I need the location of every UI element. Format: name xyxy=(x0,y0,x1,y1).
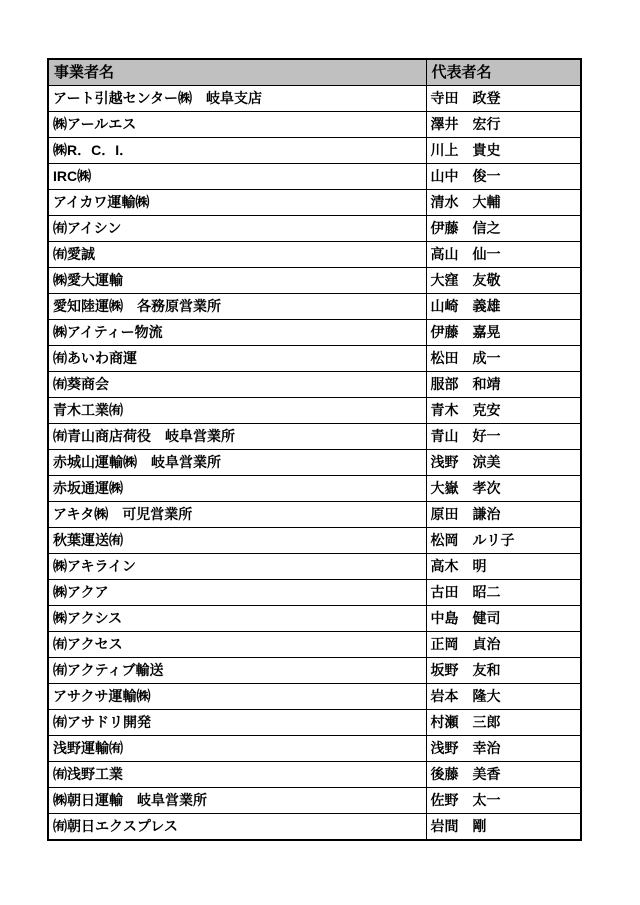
representative-cell: 青山 好一 xyxy=(426,424,581,450)
representative-cell: 青木 克安 xyxy=(426,398,581,424)
table-row: ㈲愛誠高山 仙一 xyxy=(48,242,581,268)
company-cell: ㈱アールエス xyxy=(48,112,426,138)
table-row: IRC㈱山中 俊一 xyxy=(48,164,581,190)
representative-cell: 佐野 太一 xyxy=(426,788,581,814)
table-row: 青木工業㈲青木 克安 xyxy=(48,398,581,424)
company-cell: ㈲愛誠 xyxy=(48,242,426,268)
representative-cell: 大窪 友敬 xyxy=(426,268,581,294)
representative-cell: 岩本 隆大 xyxy=(426,684,581,710)
table-row: ㈱アクア古田 昭二 xyxy=(48,580,581,606)
table-row: ㈲浅野工業後藤 美香 xyxy=(48,762,581,788)
table-row: ㈱アキライン高木 明 xyxy=(48,554,581,580)
representative-cell: 大嶽 孝次 xyxy=(426,476,581,502)
company-cell: ㈲アサドリ開発 xyxy=(48,710,426,736)
table-row: ㈱朝日運輸 岐阜営業所佐野 太一 xyxy=(48,788,581,814)
representative-cell: 山崎 義雄 xyxy=(426,294,581,320)
company-cell: アキタ㈱ 可児営業所 xyxy=(48,502,426,528)
table-row: ㈱愛大運輸大窪 友敬 xyxy=(48,268,581,294)
company-cell: 赤城山運輸㈱ 岐阜営業所 xyxy=(48,450,426,476)
representative-cell: 岩間 剛 xyxy=(426,814,581,841)
company-cell: 赤坂通運㈱ xyxy=(48,476,426,502)
company-cell: ㈲浅野工業 xyxy=(48,762,426,788)
table-row: 赤坂通運㈱大嶽 孝次 xyxy=(48,476,581,502)
representative-cell: 松田 成一 xyxy=(426,346,581,372)
table-row: アート引越センター㈱ 岐阜支店寺田 政登 xyxy=(48,86,581,112)
company-cell: ㈱R．C．I． xyxy=(48,138,426,164)
business-roster-table: 事業者名 代表者名 アート引越センター㈱ 岐阜支店寺田 政登㈱アールエス澤井 宏… xyxy=(47,58,582,841)
company-cell: 秋葉運送㈲ xyxy=(48,528,426,554)
table-row: アサクサ運輸㈱岩本 隆大 xyxy=(48,684,581,710)
company-cell: ㈱アクア xyxy=(48,580,426,606)
table-row: ㈱アクシス中島 健司 xyxy=(48,606,581,632)
representative-cell: 松岡 ルリ子 xyxy=(426,528,581,554)
representative-cell: 清水 大輔 xyxy=(426,190,581,216)
table-body: アート引越センター㈱ 岐阜支店寺田 政登㈱アールエス澤井 宏行㈱R．C．I．川上… xyxy=(48,86,581,841)
company-cell: アート引越センター㈱ 岐阜支店 xyxy=(48,86,426,112)
representative-column-header: 代表者名 xyxy=(426,59,581,86)
company-cell: ㈲アクセス xyxy=(48,632,426,658)
table-row: ㈲アクセス正岡 貞治 xyxy=(48,632,581,658)
representative-cell: 澤井 宏行 xyxy=(426,112,581,138)
company-column-header: 事業者名 xyxy=(48,59,426,86)
table-row: アイカワ運輸㈱清水 大輔 xyxy=(48,190,581,216)
representative-cell: 浅野 涼美 xyxy=(426,450,581,476)
table-row: 浅野運輸㈲浅野 幸治 xyxy=(48,736,581,762)
company-cell: アイカワ運輸㈱ xyxy=(48,190,426,216)
table-row: 愛知陸運㈱ 各務原営業所山崎 義雄 xyxy=(48,294,581,320)
table-row: ㈲アクティブ輸送坂野 友和 xyxy=(48,658,581,684)
company-cell: アサクサ運輸㈱ xyxy=(48,684,426,710)
company-cell: 愛知陸運㈱ 各務原営業所 xyxy=(48,294,426,320)
table-row: ㈲朝日エクスプレス岩間 剛 xyxy=(48,814,581,841)
company-cell: ㈱アキライン xyxy=(48,554,426,580)
company-cell: 浅野運輸㈲ xyxy=(48,736,426,762)
table-row: ㈲青山商店荷役 岐阜営業所青山 好一 xyxy=(48,424,581,450)
company-cell: ㈲葵商会 xyxy=(48,372,426,398)
representative-cell: 川上 貴史 xyxy=(426,138,581,164)
representative-cell: 寺田 政登 xyxy=(426,86,581,112)
table-header-row: 事業者名 代表者名 xyxy=(48,59,581,86)
table-row: 赤城山運輸㈱ 岐阜営業所浅野 涼美 xyxy=(48,450,581,476)
representative-cell: 正岡 貞治 xyxy=(426,632,581,658)
company-cell: ㈲アイシン xyxy=(48,216,426,242)
table-row: ㈲アイシン伊藤 信之 xyxy=(48,216,581,242)
representative-cell: 伊藤 嘉晃 xyxy=(426,320,581,346)
company-cell: ㈲あいわ商運 xyxy=(48,346,426,372)
table-row: ㈱R．C．I．川上 貴史 xyxy=(48,138,581,164)
representative-cell: 山中 俊一 xyxy=(426,164,581,190)
table-row: 秋葉運送㈲松岡 ルリ子 xyxy=(48,528,581,554)
table-row: ㈱アイティー物流伊藤 嘉晃 xyxy=(48,320,581,346)
representative-cell: 浅野 幸治 xyxy=(426,736,581,762)
company-cell: ㈲青山商店荷役 岐阜営業所 xyxy=(48,424,426,450)
company-cell: ㈱アクシス xyxy=(48,606,426,632)
representative-cell: 村瀬 三郎 xyxy=(426,710,581,736)
representative-cell: 坂野 友和 xyxy=(426,658,581,684)
table-row: ㈲葵商会服部 和靖 xyxy=(48,372,581,398)
company-cell: 青木工業㈲ xyxy=(48,398,426,424)
company-cell: IRC㈱ xyxy=(48,164,426,190)
representative-cell: 高木 明 xyxy=(426,554,581,580)
company-cell: ㈱アイティー物流 xyxy=(48,320,426,346)
table-row: ㈲あいわ商運松田 成一 xyxy=(48,346,581,372)
representative-cell: 古田 昭二 xyxy=(426,580,581,606)
representative-cell: 後藤 美香 xyxy=(426,762,581,788)
representative-cell: 服部 和靖 xyxy=(426,372,581,398)
table-row: ㈱アールエス澤井 宏行 xyxy=(48,112,581,138)
company-cell: ㈱愛大運輸 xyxy=(48,268,426,294)
representative-cell: 高山 仙一 xyxy=(426,242,581,268)
representative-cell: 中島 健司 xyxy=(426,606,581,632)
company-cell: ㈲アクティブ輸送 xyxy=(48,658,426,684)
representative-cell: 伊藤 信之 xyxy=(426,216,581,242)
company-cell: ㈱朝日運輸 岐阜営業所 xyxy=(48,788,426,814)
document-page: 事業者名 代表者名 アート引越センター㈱ 岐阜支店寺田 政登㈱アールエス澤井 宏… xyxy=(0,0,640,905)
table-row: アキタ㈱ 可児営業所原田 謙治 xyxy=(48,502,581,528)
table-row: ㈲アサドリ開発村瀬 三郎 xyxy=(48,710,581,736)
company-cell: ㈲朝日エクスプレス xyxy=(48,814,426,841)
representative-cell: 原田 謙治 xyxy=(426,502,581,528)
